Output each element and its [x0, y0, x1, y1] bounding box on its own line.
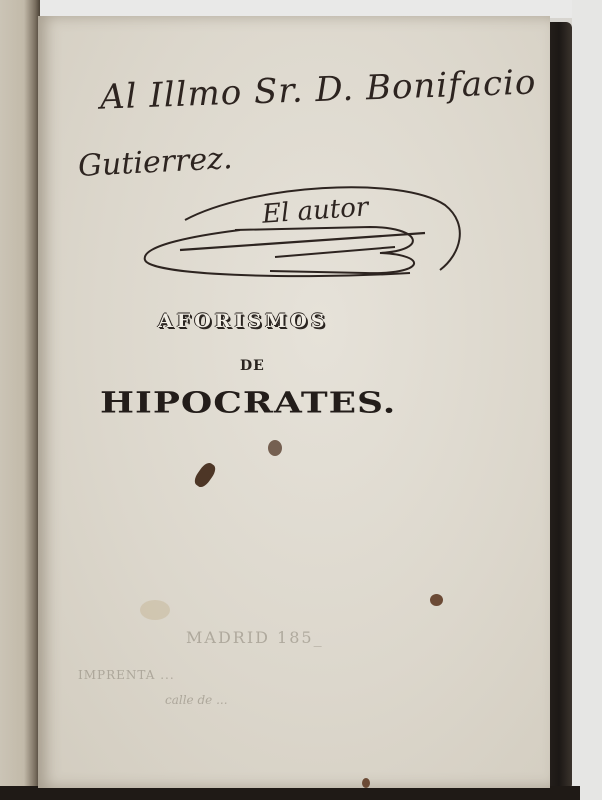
imprint-line-2: calle de ... — [165, 693, 228, 707]
imprint-line-1: IMPRENTA ... — [78, 668, 175, 682]
foxing-spot — [362, 778, 370, 788]
title-main: HIPOCRATES. — [100, 386, 396, 420]
ink-stain — [268, 440, 282, 456]
imprint-city-year: MADRID 185_ — [186, 628, 324, 647]
foxing-spot — [430, 594, 443, 606]
facing-page-edge — [0, 0, 40, 800]
book-cover-bottom — [0, 786, 580, 800]
title-top: AFORISMOS — [158, 310, 328, 332]
title-connector: DE — [240, 358, 265, 374]
foxing-spot — [140, 600, 170, 620]
table-surface-right — [572, 0, 602, 800]
signature-flourish-icon — [140, 175, 470, 290]
